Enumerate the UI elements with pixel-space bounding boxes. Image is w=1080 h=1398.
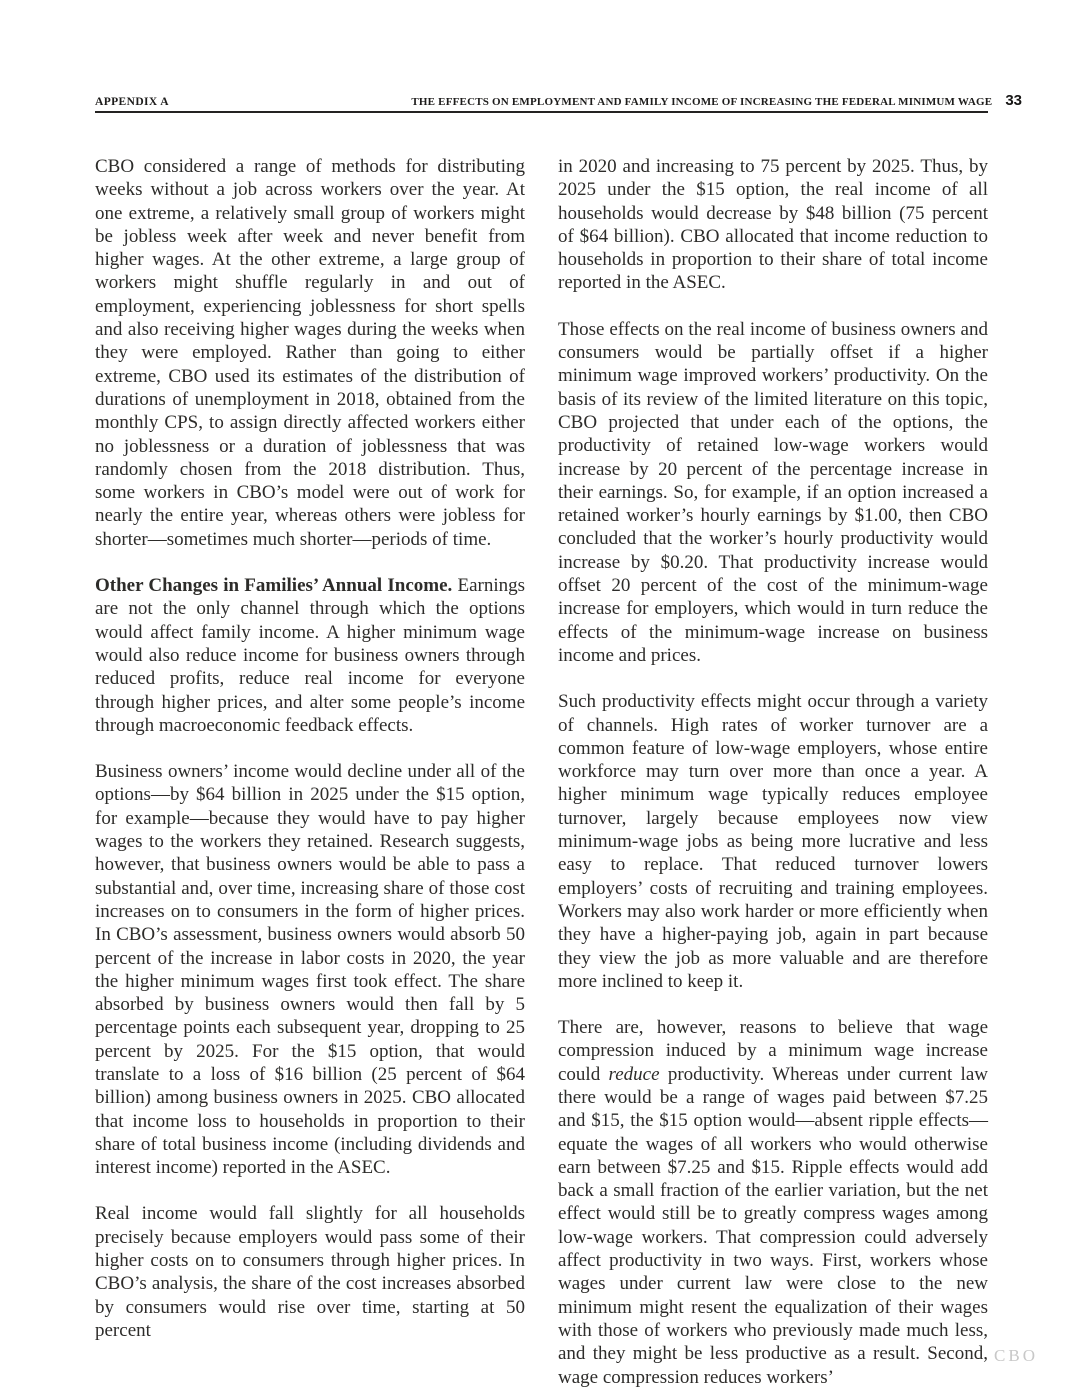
italic-word-reduce: reduce bbox=[609, 1064, 660, 1085]
paragraph-increasing-to-75-percent: in 2020 and increasing to 75 percent by … bbox=[558, 155, 988, 295]
running-head-title: THE EFFECTS ON EMPLOYMENT AND FAMILY INC… bbox=[411, 96, 992, 108]
paragraph-other-changes: Other Changes in Families’ Annual Income… bbox=[95, 574, 525, 737]
paragraph-real-income-fall: Real income would fall slightly for all … bbox=[95, 1202, 525, 1342]
right-column: in 2020 and increasing to 75 percent by … bbox=[558, 155, 988, 1389]
header-divider bbox=[95, 111, 988, 113]
cbo-logo: CBO bbox=[994, 1346, 1038, 1365]
paragraph-wage-compression: There are, however, reasons to believe t… bbox=[558, 1016, 988, 1389]
paragraph-business-owners-income: Business owners’ income would decline un… bbox=[95, 760, 525, 1179]
document-page: APPENDIX A THE EFFECTS ON EMPLOYMENT AND… bbox=[0, 0, 1080, 1398]
page-header: APPENDIX A THE EFFECTS ON EMPLOYMENT AND… bbox=[95, 92, 1022, 109]
paragraph-distributing-weeks: CBO considered a range of methods for di… bbox=[95, 155, 525, 551]
run-in-heading-other-changes: Other Changes in Families’ Annual Income… bbox=[95, 575, 452, 596]
paragraph-text: Earnings are not the only channel throug… bbox=[95, 575, 525, 736]
paragraph-productivity-channels: Such productivity effects might occur th… bbox=[558, 690, 988, 993]
paragraph-productivity-offset: Those effects on the real income of busi… bbox=[558, 318, 988, 667]
running-head-appendix: APPENDIX A bbox=[95, 96, 169, 108]
page-number: 33 bbox=[1005, 92, 1022, 109]
paragraph-text: productivity. Whereas under current law … bbox=[558, 1064, 988, 1388]
two-column-body: CBO considered a range of methods for di… bbox=[95, 155, 988, 1389]
page-footer: CBO bbox=[994, 1346, 1038, 1366]
left-column: CBO considered a range of methods for di… bbox=[95, 155, 525, 1389]
